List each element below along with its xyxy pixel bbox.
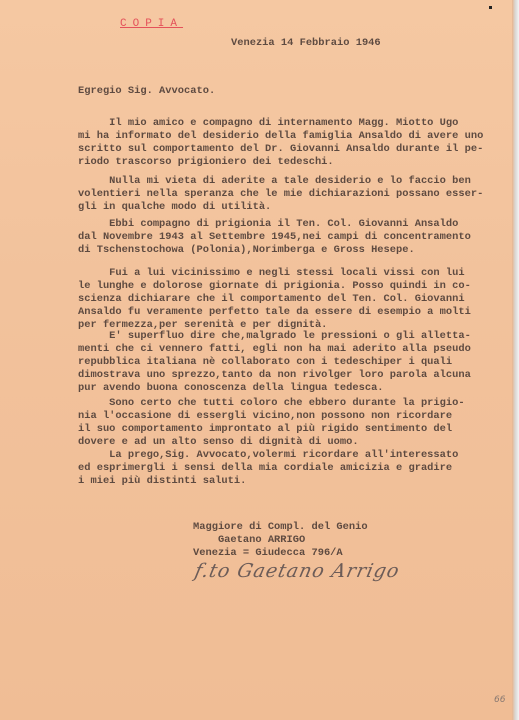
paragraph-4-line: Fui a lui vicinissimo e negli stessi loc… [78, 267, 465, 280]
paragraph-5-line: repubblica italiana nè collaborato con i… [78, 356, 452, 369]
paragraph-6-line: Sono certo che tutti coloro che ebbero d… [78, 397, 465, 410]
salutation: Egregio Sig. Avvocato. [78, 85, 215, 98]
handwritten-signature: f.to Gaetano Arrigo [193, 560, 402, 582]
paragraph-2-line: Nulla mi vieta di aderite a tale desider… [78, 175, 471, 188]
signer-address: Venezia = Giudecca 796/A [193, 547, 343, 560]
paragraph-2-line: volentieri nella speranza che le mie dic… [78, 188, 483, 201]
paragraph-2-line: gli in qualche modo di utilità. [78, 201, 271, 214]
paragraph-7-line: La prego,Sig. Avvocato,volermi ricordare… [78, 449, 458, 462]
ink-speck [489, 6, 492, 9]
paragraph-5-line: dimostrava uno sprezzo,tanto da non rivo… [78, 369, 471, 382]
page-number: 66 [494, 695, 505, 705]
paragraph-7-line: i miei più distinti saluti. [78, 475, 246, 488]
letter-page: COPIA Venezia 14 Febbraio 1946 Egregio S… [0, 0, 512, 720]
paragraph-7-line: ed esprimergli i sensi della mia cordial… [78, 462, 452, 475]
page-edge [512, 0, 519, 720]
paragraph-4-line: le lunghe e dolorose giornate di prigion… [78, 280, 471, 293]
paragraph-6-line: dovere e ad un alto senso di dignità di … [78, 436, 359, 449]
signer-rank: Maggiore di Compl. del Genio [193, 521, 368, 534]
paragraph-1-line: Il mio amico e compagno di internamento … [78, 117, 458, 130]
paragraph-5-line: pur avendo buona conoscenza della lingua… [78, 382, 384, 395]
paragraph-3-line: di Tschenstochowa (Polonia),Norimberga e… [78, 244, 415, 257]
paragraph-4-line: scienza dichiarare che il comportamento … [78, 293, 465, 306]
paragraph-1-line: scritto sul comportamento del Dr. Giovan… [78, 143, 483, 156]
paragraph-1-line: riodo trascorso prigioniero dei tedeschi… [78, 156, 334, 169]
paragraph-3-line: Ebbi compagno di prigionia il Ten. Col. … [78, 218, 458, 231]
paragraph-5-line: E' superfluo dire che,malgrado le pressi… [78, 330, 471, 343]
paragraph-6-line: nia l'occasione di essergli vicino,non p… [78, 410, 452, 423]
copy-stamp: COPIA [120, 18, 183, 30]
paragraph-3-line: dal Novembre 1943 al Settembre 1945,nei … [78, 231, 471, 244]
paragraph-5-line: menti che ci vennero fatti, egli non ha … [78, 343, 471, 356]
paragraph-4-line: Ansaldo fu veramente perfetto tale da es… [78, 306, 471, 319]
paragraph-6-line: il suo comportamento improntato al più r… [78, 423, 452, 436]
paragraph-1-line: mi ha informato del desiderio della fami… [78, 130, 483, 143]
date-line: Venezia 14 Febbraio 1946 [231, 37, 381, 50]
signer-name: Gaetano ARRIGO [193, 534, 305, 547]
